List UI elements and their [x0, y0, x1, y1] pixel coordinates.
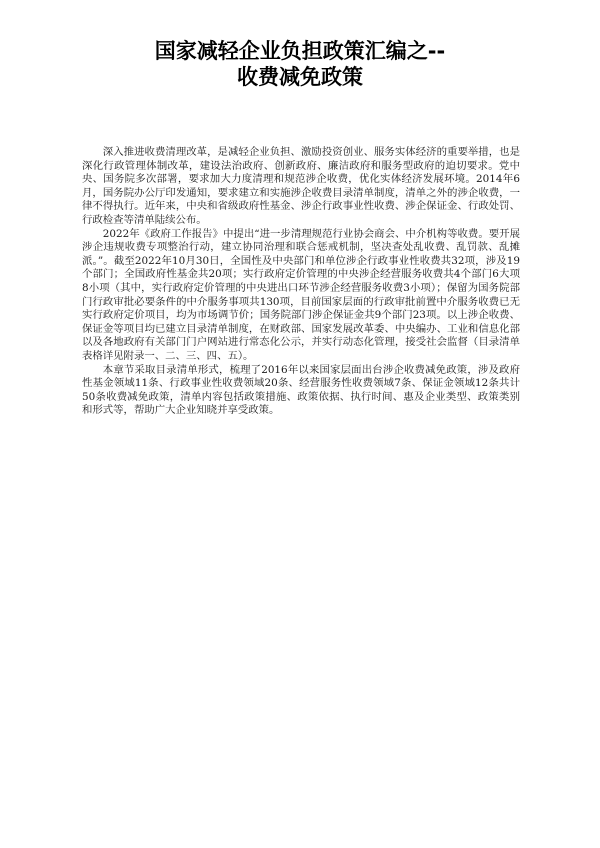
page-title: 国家减轻企业负担政策汇编之-- 收费减免政策 — [0, 38, 600, 90]
paragraph-2022-report: 2022年《政府工作报告》中提出“进一步清理规范行业协会商会、中介机构等收费。要… — [82, 228, 520, 364]
body-text: 深入推进收费清理改革，是减轻企业负担、激励投资创业、服务实体经济的重要举措，也是… — [82, 146, 520, 418]
paragraph-intro: 深入推进收费清理改革，是减轻企业负担、激励投资创业、服务实体经济的重要举措，也是… — [82, 146, 520, 228]
paragraph-chapter-summary: 本章节采取目录清单形式，梳理了2016年以来国家层面出台涉企收费减免政策，涉及政… — [82, 364, 520, 418]
document-page: 国家减轻企业负担政策汇编之-- 收费减免政策 深入推进收费清理改革，是减轻企业负… — [0, 0, 600, 848]
title-line-2: 收费减免政策 — [0, 64, 600, 90]
title-line-1: 国家减轻企业负担政策汇编之-- — [0, 38, 600, 64]
